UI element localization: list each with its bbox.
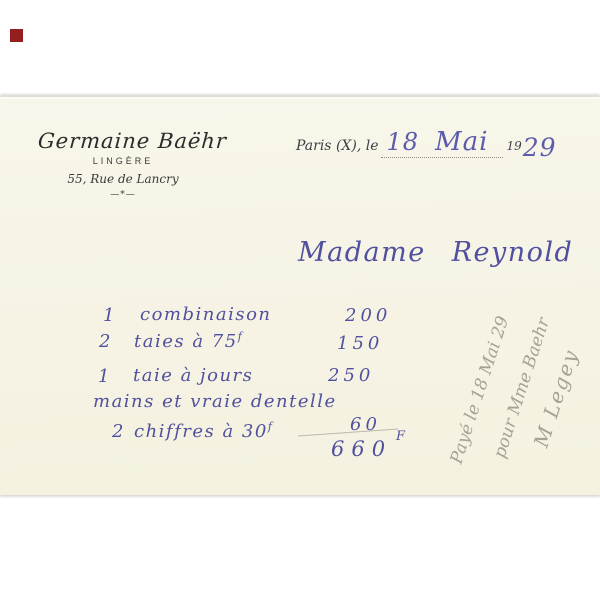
date-printed-prefix: Paris (X), le bbox=[296, 138, 379, 154]
date-day: 18 bbox=[387, 128, 420, 156]
line5-qty: 2 bbox=[112, 421, 125, 442]
line2-franc-sup: f bbox=[238, 330, 244, 343]
letterhead-name: Germaine Baëhr bbox=[37, 129, 209, 153]
line3-desc: taie à jours bbox=[133, 365, 253, 386]
line5-desc: chiffres à 30f bbox=[134, 420, 273, 442]
recipient: MadameReynold bbox=[298, 237, 573, 268]
line2-amount: 150 bbox=[337, 333, 383, 354]
recipient-name: Reynold bbox=[452, 237, 574, 268]
letterhead-ornament: —*— bbox=[38, 190, 208, 200]
total-amount: 660 bbox=[331, 437, 392, 461]
line2-qty: 2 bbox=[99, 331, 112, 352]
letterhead: Germaine Baëhr LINGÈRE 55, Rue de Lancry… bbox=[38, 129, 208, 200]
date-printed-year: 19 bbox=[507, 139, 522, 153]
line5-franc-sup: f bbox=[268, 420, 274, 433]
line1-desc: combinaison bbox=[140, 304, 272, 325]
red-square-marker bbox=[10, 29, 23, 42]
total-currency: F bbox=[396, 429, 407, 444]
line3-amount: 250 bbox=[328, 365, 374, 386]
invoice-paper: Germaine Baëhr LINGÈRE 55, Rue de Lancry… bbox=[0, 97, 600, 495]
line2-desc: taies à 75f bbox=[134, 330, 243, 352]
date-month: Mai bbox=[435, 127, 488, 157]
total-rule bbox=[298, 429, 398, 437]
date-year: 29 bbox=[523, 133, 557, 162]
line3-qty: 1 bbox=[98, 366, 111, 387]
line1-qty: 1 bbox=[103, 305, 116, 326]
recipient-salutation: Madame bbox=[298, 237, 426, 268]
letterhead-profession: LINGÈRE bbox=[38, 156, 208, 166]
line4-desc: mains et vraie dentelle bbox=[93, 391, 337, 412]
letterhead-address: 55, Rue de Lancry bbox=[38, 172, 208, 186]
line1-amount: 200 bbox=[345, 305, 391, 326]
date-line: Paris (X), le18Mai1929 bbox=[296, 127, 586, 158]
